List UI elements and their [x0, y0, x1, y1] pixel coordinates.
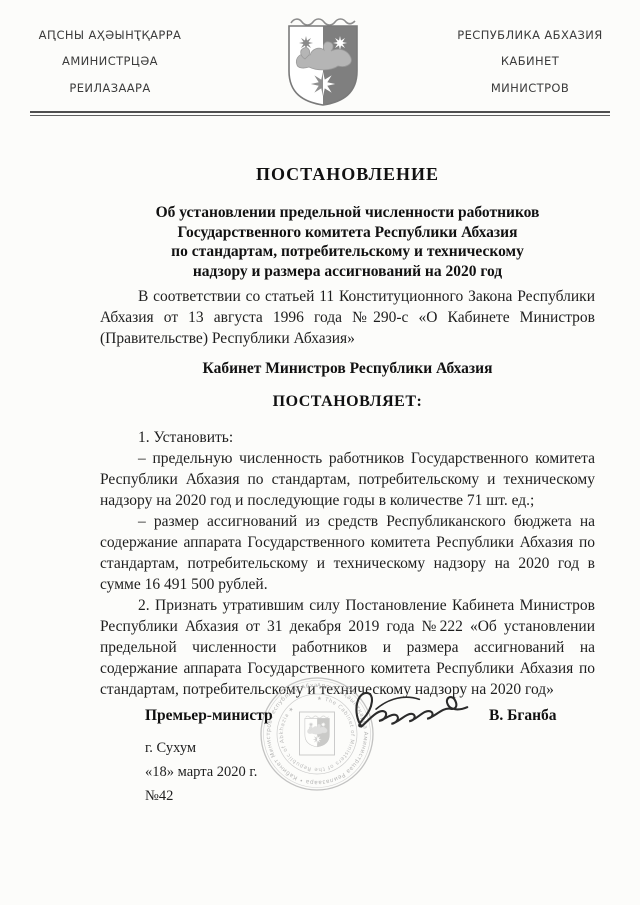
- decree-paragraph-1: 1. Установить:: [100, 427, 595, 448]
- header-abkhaz-line-2: АМИНИСТРЦӘА: [28, 48, 192, 74]
- document-title: ПОСТАНОВЛЕНИЕ: [100, 164, 595, 185]
- decree-paragraph-3: – размер ассигнований из средств Республ…: [100, 511, 595, 595]
- issue-date: «18» марта 2020 г.: [145, 764, 257, 781]
- issuing-authority-line: Кабинет Министров Республики Абхазия: [100, 360, 595, 378]
- decree-number: №42: [145, 788, 173, 805]
- subject-line-3: по стандартам, потребительскому и технич…: [100, 242, 595, 262]
- subject-line-1: Об установлении предельной численности р…: [100, 203, 595, 223]
- preamble-paragraph: В соответствии со статьей 11 Конституцио…: [100, 286, 595, 349]
- header-russian-line-2: КАБИНЕТ: [448, 48, 612, 74]
- header-abkhaz-title: АԤСНЫ АҲӘЫНҬҚАРРА АМИНИСТРЦӘА РЕИЛАЗААРА: [28, 22, 192, 101]
- stamp-center-emblem-icon: [305, 716, 329, 747]
- subject-line-2: Государственного комитета Республики Абх…: [100, 223, 595, 243]
- header-double-rule: [30, 111, 610, 116]
- resolves-line: ПОСТАНОВЛЯЕТ:: [100, 393, 595, 411]
- document-subject: Об установлении предельной численности р…: [100, 203, 595, 281]
- header-abkhaz-line-1: АԤСНЫ АҲӘЫНҬҚАРРА: [28, 22, 192, 48]
- decree-paragraph-2: – предельную численность работников Госу…: [100, 448, 595, 511]
- issue-place: г. Сухум: [145, 740, 196, 757]
- abkhazia-coat-of-arms-icon: [281, 15, 365, 107]
- header-russian-line-1: РЕСПУБЛИКА АБХАЗИЯ: [448, 22, 612, 48]
- signer-post-label: Премьер-министр: [145, 707, 273, 725]
- decree-items: 1. Установить: – предельную численность …: [100, 427, 595, 700]
- subject-line-4: надзору и размера ассигнований на 2020 г…: [100, 262, 595, 282]
- header-abkhaz-line-3: РЕИЛАЗААРА: [28, 75, 192, 101]
- signer-name-label: В. Бганба: [489, 707, 557, 725]
- header-russian-title: РЕСПУБЛИКА АБХАЗИЯ КАБИНЕТ МИНИСТРОВ: [448, 22, 612, 101]
- premier-signature-icon: [344, 676, 480, 737]
- decree-document-page: АԤСНЫ АҲӘЫНҬҚАРРА АМИНИСТРЦӘА РЕИЛАЗААРА…: [0, 0, 640, 905]
- header-russian-line-3: МИНИСТРОВ: [448, 75, 612, 101]
